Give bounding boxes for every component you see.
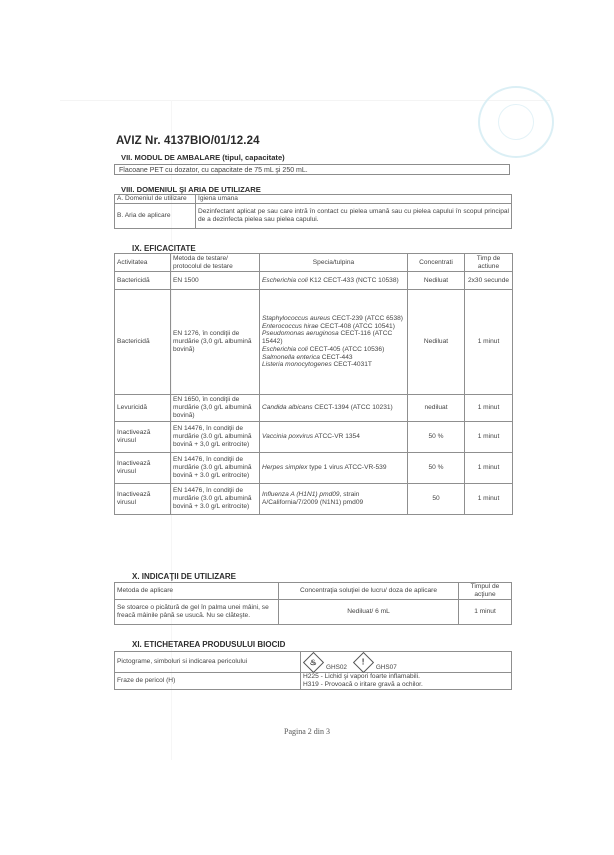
dose-value: Nediluat/ 6 mL	[279, 600, 459, 625]
strain-id: CECT-1394 (ATCC 10231)	[313, 404, 393, 411]
species-entry: Vaccinia poxvirus ATCC-VR 1354	[262, 433, 360, 440]
page-number: Pagina 2 din 3	[0, 727, 614, 736]
concentration-cell: 50 %	[408, 453, 465, 484]
strain-id: type 1 virus ATCC-VR-539	[307, 464, 386, 471]
species-name: Candida albicans	[262, 404, 313, 411]
strain-id: K12 CECT-433 (NCTC 10538)	[308, 277, 399, 284]
time-cell: 1 minut	[465, 484, 513, 515]
area-label: B. Aria de aplicare	[115, 204, 196, 229]
species-name: Vaccinia poxvirus	[262, 433, 313, 440]
section-7-heading: VII. MODUL DE AMBALARE (tipul, capacitat…	[121, 153, 285, 162]
concentration-cell: 50 %	[408, 422, 465, 453]
domain-value: Igiena umana	[196, 195, 512, 204]
table-row: LevuricidăEN 1650, în condiţii de murdăr…	[115, 395, 513, 422]
activity-cell: Inactivează virusul	[115, 453, 171, 484]
species-cell: Staphylococcus aureus CECT-239 (ATCC 653…	[260, 290, 408, 395]
table-row: Inactivează virusulEN 14476, în condiţii…	[115, 453, 513, 484]
species-name: Herpes simplex	[262, 464, 307, 471]
species-cell: Influenza A (H1N1) pmd09, strain A/Calif…	[260, 484, 408, 515]
ghs-code: GHS02	[326, 664, 347, 672]
method-cell: EN 14476, în condiţii de murdărie (3.0 g…	[171, 453, 260, 484]
stamp-emblem	[498, 104, 534, 140]
usage-domain-table: A. Domeniul de utilizare Igiena umana B.…	[114, 194, 512, 229]
table-row: Pictograme, simboluri si indicarea peric…	[115, 652, 512, 673]
pictograms-cell: ♨ GHS02 ! GHS07	[301, 652, 512, 673]
table-row: Se stoarce o picătură de gel în palma un…	[115, 600, 512, 625]
method-cell: EN 1276, în condiţii de murdărie (3,0 g/…	[171, 290, 260, 395]
ghs-code: GHS07	[376, 664, 397, 672]
table-row: B. Aria de aplicare Dezinfectant aplicat…	[115, 204, 512, 229]
species-entry: Salmonella enterica CECT-443	[262, 354, 353, 361]
hazard-h319: H319 - Provoacă o iritare gravă a ochilo…	[303, 681, 509, 689]
time-cell: 2x30 secunde	[465, 272, 513, 290]
table-row: BactericidăEN 1276, în condiţii de murdă…	[115, 290, 513, 395]
flame-icon: ♨	[310, 658, 317, 666]
section-10-heading: X. INDICAŢII DE UTILIZARE	[132, 572, 236, 581]
species-entry: Listeria monocytogenes CECT-4031T	[262, 361, 372, 368]
activity-cell: Bactericidă	[115, 272, 171, 290]
labeling-table: Pictograme, simboluri si indicarea peric…	[114, 651, 512, 690]
header-time: Timp de actiune	[465, 254, 513, 272]
strain-id: CECT-408 (ATCC 10541)	[318, 323, 394, 330]
concentration-cell: 50	[408, 484, 465, 515]
section-9-heading: IX. EFICACITATE	[132, 244, 196, 253]
species-name: Influenza A (H1N1) pmd09	[262, 491, 340, 498]
species-cell: Herpes simplex type 1 virus ATCC-VR-539	[260, 453, 408, 484]
strain-id: CECT-4031T	[332, 361, 372, 368]
species-name: Escherichia coli	[262, 346, 308, 353]
usage-instructions-table: Metoda de aplicare Concentraţia soluţiei…	[114, 582, 512, 625]
header-action-time: Timpul de acţiune	[459, 583, 512, 600]
section-8-heading: VIII. DOMENIUL ŞI ARIA DE UTILIZARE	[121, 185, 261, 194]
scan-artifact-line	[60, 100, 550, 101]
hazard-statements: H225 - Lichid şi vapori foarte inflamabi…	[301, 673, 512, 690]
activity-cell: Inactivează virusul	[115, 484, 171, 515]
species-entry: Herpes simplex type 1 virus ATCC-VR-539	[262, 464, 386, 471]
table-row: Fraze de pericol (H) H225 - Lichid şi va…	[115, 673, 512, 690]
header-species: Specia/tulpina	[260, 254, 408, 272]
method-cell: EN 14476, în condiţii de murdărie (3.0 g…	[171, 422, 260, 453]
official-stamp	[478, 86, 554, 158]
activity-cell: Inactivează virusul	[115, 422, 171, 453]
species-entry: Enterococcus hirae CECT-408 (ATCC 10541)	[262, 323, 395, 330]
time-cell: 1 minut	[465, 453, 513, 484]
table-row: BactericidăEN 1500Escherichia coli K12 C…	[115, 272, 513, 290]
table-row: Inactivează virusulEN 14476, în condiţii…	[115, 422, 513, 453]
time-cell: 1 minut	[465, 422, 513, 453]
species-name: Listeria monocytogenes	[262, 361, 332, 368]
header-activity: Activitatea	[115, 254, 171, 272]
species-name: Enterococcus hirae	[262, 323, 318, 330]
packaging-content: Flacoane PET cu dozator, cu capacitate d…	[114, 164, 510, 175]
species-cell: Candida albicans CECT-1394 (ATCC 10231)	[260, 395, 408, 422]
activity-cell: Bactericidă	[115, 290, 171, 395]
concentration-cell: Nediluat	[408, 290, 465, 395]
exclamation-icon: !	[362, 658, 365, 666]
method-cell: EN 1500	[171, 272, 260, 290]
species-cell: Escherichia coli K12 CECT-433 (NCTC 1053…	[260, 272, 408, 290]
ghs07-pictogram: ! GHS07	[353, 652, 397, 672]
species-name: Salmonella enterica	[262, 354, 320, 361]
species-entry: Escherichia coli K12 CECT-433 (NCTC 1053…	[262, 277, 399, 284]
document-title: AVIZ Nr. 4137BIO/01/12.24	[116, 135, 260, 147]
strain-id: CECT-405 (ATCC 10536)	[308, 346, 384, 353]
strain-id: CECT-443	[320, 354, 353, 361]
species-cell: Vaccinia poxvirus ATCC-VR 1354	[260, 422, 408, 453]
application-method: Se stoarce o picătură de gel în palma un…	[115, 600, 279, 625]
domain-label: A. Domeniul de utilizare	[115, 195, 196, 204]
species-name: Pseudomonas aeruginosa	[262, 330, 339, 337]
header-application-method: Metoda de aplicare	[115, 583, 279, 600]
area-value: Dezinfectant aplicat pe sau care intră î…	[196, 204, 512, 229]
header-concentration: Concentrati	[408, 254, 465, 272]
table-row: A. Domeniul de utilizare Igiena umana	[115, 195, 512, 204]
hazard-label: Fraze de pericol (H)	[115, 673, 301, 690]
species-entry: Staphylococcus aureus CECT-239 (ATCC 653…	[262, 315, 403, 322]
header-method: Metoda de testare/ protocolul de testare	[171, 254, 260, 272]
species-name: Escherichia coli	[262, 277, 308, 284]
pictograms-label: Pictograme, simboluri si indicarea peric…	[115, 652, 301, 673]
time-cell: 1 minut	[465, 290, 513, 395]
table-header-row: Metoda de aplicare Concentraţia soluţiei…	[115, 583, 512, 600]
section-11-heading: XI. ETICHETAREA PRODUSULUI BIOCID	[132, 640, 285, 649]
species-entry: Pseudomonas aeruginosa CECT-116 (ATCC 15…	[262, 330, 392, 345]
species-entry: Escherichia coli CECT-405 (ATCC 10536)	[262, 346, 384, 353]
table-header-row: Activitatea Metoda de testare/ protocolu…	[115, 254, 513, 272]
time-cell: 1 minut	[465, 395, 513, 422]
species-name: Staphylococcus aureus	[262, 315, 330, 322]
action-time-value: 1 minut	[459, 600, 512, 625]
species-entry: Influenza A (H1N1) pmd09, strain A/Calif…	[262, 491, 363, 506]
hazard-h225: H225 - Lichid şi vapori foarte inflamabi…	[303, 673, 509, 681]
method-cell: EN 1650, în condiţii de murdărie (3,0 g/…	[171, 395, 260, 422]
strain-id: CECT-239 (ATCC 6538)	[330, 315, 403, 322]
strain-id: ATCC-VR 1354	[313, 433, 360, 440]
document-page: AVIZ Nr. 4137BIO/01/12.24 VII. MODUL DE …	[0, 0, 614, 855]
method-cell: EN 14476, în condiţii de murdărie (3.0 g…	[171, 484, 260, 515]
concentration-cell: nediluat	[408, 395, 465, 422]
concentration-cell: Nediluat	[408, 272, 465, 290]
ghs02-pictogram: ♨ GHS02	[303, 652, 347, 672]
header-dose: Concentraţia soluţiei de lucru/ doza de …	[279, 583, 459, 600]
species-entry: Candida albicans CECT-1394 (ATCC 10231)	[262, 404, 393, 411]
activity-cell: Levuricidă	[115, 395, 171, 422]
table-row: Inactivează virusulEN 14476, în condiţii…	[115, 484, 513, 515]
efficacy-table: Activitatea Metoda de testare/ protocolu…	[114, 253, 513, 515]
